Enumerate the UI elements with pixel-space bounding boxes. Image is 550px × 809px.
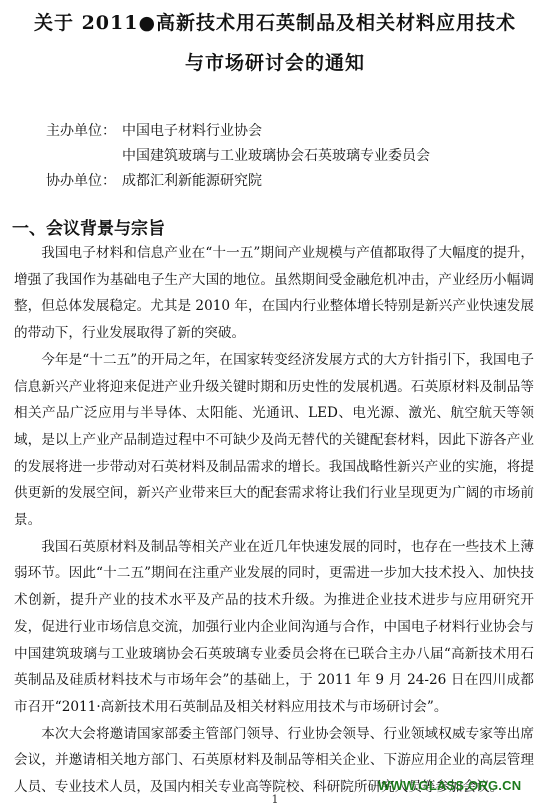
organizer-value: 成都汇利新能源研究院 — [122, 173, 262, 189]
paragraph: 我国石英原材料及制品等相关产业在近几年快速发展的同时，也存在一些技术上薄弱环节。… — [14, 534, 534, 721]
organizer-label: 协办单位： — [46, 170, 122, 190]
organizer-label: 主办单位： — [46, 120, 122, 140]
organizer-value: 中国建筑玻璃与工业玻璃协会石英玻璃专业委员会 — [122, 148, 430, 164]
page-number: 1 — [0, 793, 550, 806]
organizer-co-host: 协办单位：成都汇利新能源研究院 — [46, 170, 262, 190]
paragraph: 我国电子材料和信息产业在“十一五”期间产业规模与产值都取得了大幅度的提升，增强了… — [14, 240, 534, 347]
paragraph: 今年是“十二五”的开局之年，在国家转变经济发展方式的大方针指引下，我国电子信息新… — [14, 347, 534, 534]
organizer-host-1: 主办单位：中国电子材料行业协会 — [46, 120, 262, 140]
organizer-host-2: 中国建筑玻璃与工业玻璃协会石英玻璃专业委员会 — [46, 145, 430, 165]
site-watermark: WWW.GLASS.ORG.CN — [378, 778, 521, 793]
document-body: 我国电子材料和信息产业在“十一五”期间产业规模与产值都取得了大幅度的提升，增强了… — [14, 240, 534, 801]
document-title-line-1: 关于 2011●高新技术用石英制品及相关材料应用技术 — [0, 8, 550, 35]
organizer-value: 中国电子材料行业协会 — [122, 123, 262, 139]
section-heading: 一、会议背景与宗旨 — [12, 214, 165, 239]
document-title-line-2: 与市场研讨会的通知 — [0, 48, 550, 75]
